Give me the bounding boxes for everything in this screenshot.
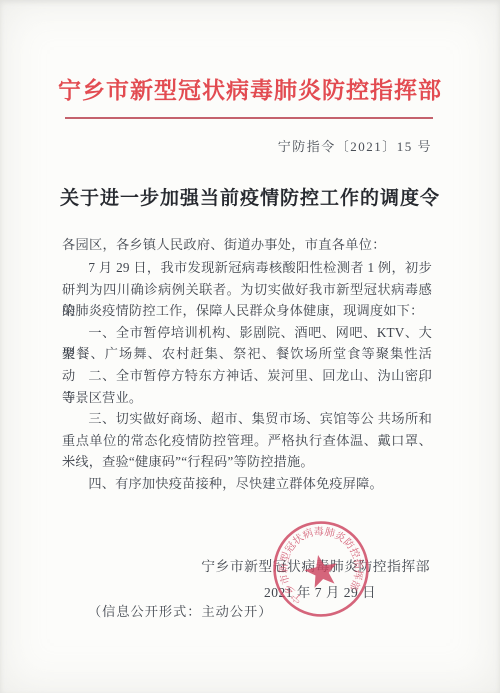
document-line: 的肺炎疫情防控工作，保障人民群众身体健康，现调度如下： — [62, 300, 432, 322]
official-document-page: 宁乡市新型冠状病毒肺炎防控指挥部 宁防指令〔2021〕15 号 关于进一步加强当… — [0, 0, 500, 693]
signature-date: 2021 年 7 月 29 日 — [264, 581, 376, 601]
svg-text:防: 防 — [341, 536, 357, 552]
svg-text:毒: 毒 — [313, 525, 324, 539]
document-line: 聚餐、广场舞、农村赶集、祭祀、餐饮场所堂食等聚集性活动。 — [62, 343, 432, 365]
document-line: 三、切实做好商场、超市、集贸市场、宾馆等公 共场所和 — [62, 408, 432, 430]
document-line: 等景区营业。 — [62, 387, 432, 409]
document-number: 宁防指令〔2021〕15 号 — [278, 136, 432, 155]
document-body: 7 月 29 日，我市发现新冠病毒核酸阳性检测者 1 例，初步 研判为四川确诊病… — [62, 257, 432, 495]
document-line: 一、全市暂停培训机构、影剧院、酒吧、网吧、KTV、大型 — [62, 322, 432, 344]
document-line: 重点单位的常态化疫情防控管理。严格执行查体温、戴口罩、一 — [62, 430, 432, 452]
salutation-line: 各园区，各乡镇人民政府、街道办事处，市直各单位： — [62, 234, 432, 253]
svg-text:状: 状 — [290, 531, 306, 548]
red-header-org-title: 宁乡市新型冠状病毒肺炎防控指挥部 — [0, 72, 500, 105]
svg-text:炎: 炎 — [333, 528, 349, 545]
red-divider-line — [65, 117, 433, 119]
svg-text:肺: 肺 — [323, 525, 336, 540]
document-line: 米线，查验“健康码”“行程码”等防控措施。 — [62, 451, 432, 473]
document-line: 研判为四川确诊病例关联者。为切实做好我市新型冠状病毒感染 — [62, 279, 432, 301]
svg-text:冠: 冠 — [283, 540, 299, 555]
document-title: 关于进一步加强当前疫情防控工作的调度令 — [0, 183, 500, 210]
svg-text:病: 病 — [301, 527, 315, 542]
disclosure-note: （信息公开形式：主动公开） — [88, 601, 272, 620]
document-line: 四、有序加快疫苗接种，尽快建立群体免疫屏障。 — [62, 473, 432, 495]
document-line: 二、全市暂停方特东方神话、炭河里、回龙山、沩山密印寺 — [62, 365, 432, 387]
document-line: 7 月 29 日，我市发现新冠病毒核酸阳性检测者 1 例，初步 — [62, 257, 432, 279]
signature-org-name: 宁乡市新型冠状病毒肺炎防控指挥部 — [201, 555, 430, 575]
